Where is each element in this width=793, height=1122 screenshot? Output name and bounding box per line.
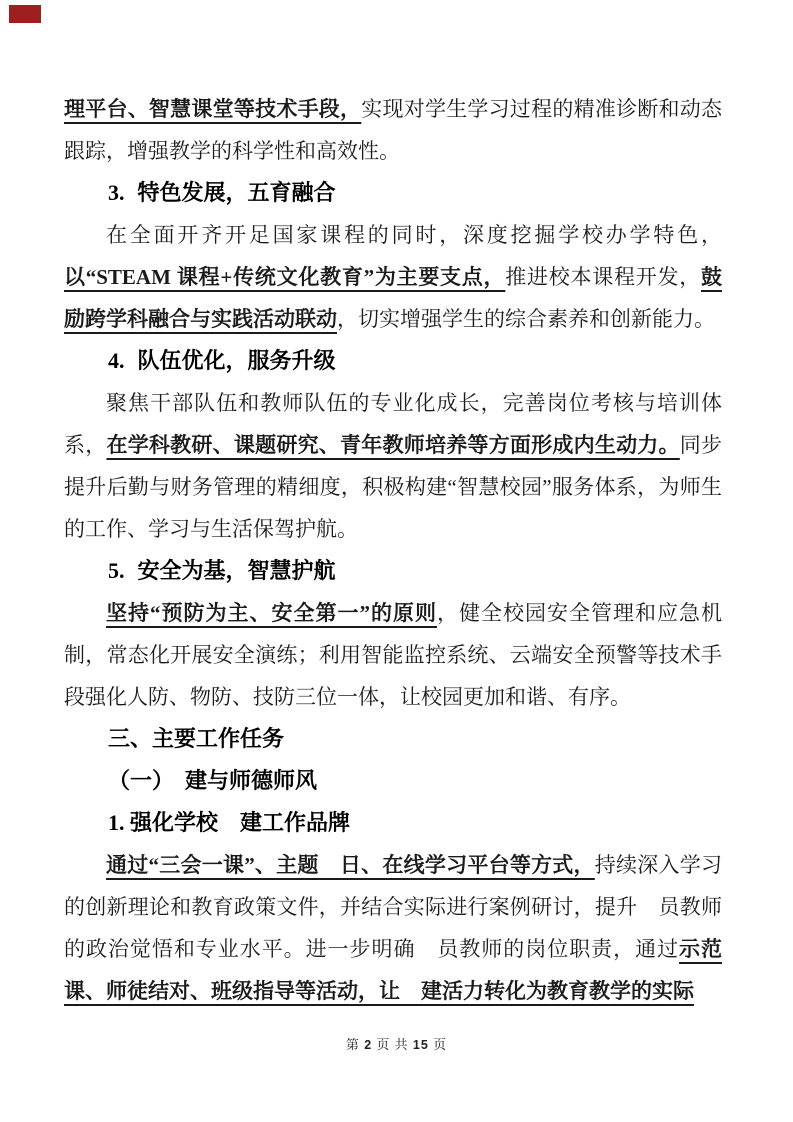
page-footer: 第 2 页 共 15 页 <box>0 1036 793 1054</box>
paragraph-4: 聚焦干部队伍和教师队伍的专业化成长，完善岗位考核与培训体系，在学科教研、课题研究… <box>64 382 722 550</box>
heading-title: 三、主要工作任务 <box>108 726 284 751</box>
paragraph-5: 坚持“预防为主、安全第一”的原则，健全校园安全管理和应急机制，常态化开展安全演练… <box>64 592 722 718</box>
text-segment-bold-underline: 在学科教研、课题研究、青年教师培养等方面形成内生动力。 <box>106 433 679 457</box>
document-content: 理平台、智慧课堂等技术手段，实现对学生学习过程的精准诊断和动态跟踪，增强教学的科… <box>64 88 722 1012</box>
document-page: 理平台、智慧课堂等技术手段，实现对学生学习过程的精准诊断和动态跟踪，增强教学的科… <box>0 0 793 1122</box>
footer-label-prefix: 第 <box>346 1037 360 1052</box>
paragraph-continued: 理平台、智慧课堂等技术手段，实现对学生学习过程的精准诊断和动态跟踪，增强教学的科… <box>64 88 722 172</box>
paragraph-3: 在全面开齐开足国家课程的同时，深度挖掘学校办学特色，以“STEAM 课程+传统文… <box>64 214 722 340</box>
redaction-mark <box>9 5 41 23</box>
heading-4: 4.队伍优化，服务升级 <box>64 340 722 382</box>
heading-number: 3. <box>108 180 125 205</box>
text-segment-bold-underline: 理平台、智慧课堂等技术手段， <box>64 97 361 121</box>
section-heading-sub: （一） 建与师德师风 <box>64 760 722 802</box>
text-segment-bold-underline: 以“STEAM 课程+传统文化教育”为主要支点， <box>64 265 505 289</box>
section-heading-major: 三、主要工作任务 <box>64 718 722 760</box>
text-segment-bold-underline: 坚持“预防为主、安全第一”的原则 <box>106 601 437 625</box>
heading-number: 4. <box>108 348 125 373</box>
heading-number: 5. <box>108 558 125 583</box>
text-segment: ，切实增强学生的综合素养和创新能力。 <box>337 307 715 331</box>
footer-current-page: 2 <box>364 1038 372 1052</box>
footer-total-pages: 15 <box>413 1038 429 1052</box>
text-segment: 推进校本课程开发， <box>505 265 701 289</box>
text-segment: 在全面开齐开足国家课程的同时，深度挖掘学校办学特色， <box>106 223 722 247</box>
heading-5: 5.安全为基，智慧护航 <box>64 550 722 592</box>
text-segment-bold-underline: 通过“三会一课”、主题 日、在线学习平台等方式， <box>106 853 595 877</box>
heading-title: 特色发展，五育融合 <box>138 180 336 205</box>
heading-title: 1. 强化学校 建工作品牌 <box>108 810 350 835</box>
footer-label-suffix: 页 <box>433 1037 447 1052</box>
heading-title: 队伍优化，服务升级 <box>138 348 336 373</box>
heading-title: （一） 建与师德师风 <box>108 768 317 793</box>
heading-3: 3.特色发展，五育融合 <box>64 172 722 214</box>
footer-label-middle: 页 共 <box>376 1037 408 1052</box>
section-heading-item: 1. 强化学校 建工作品牌 <box>64 802 722 844</box>
paragraph-6: 通过“三会一课”、主题 日、在线学习平台等方式，持续深入学习 的创新理论和教育政… <box>64 844 722 1012</box>
heading-title: 安全为基，智慧护航 <box>138 558 336 583</box>
